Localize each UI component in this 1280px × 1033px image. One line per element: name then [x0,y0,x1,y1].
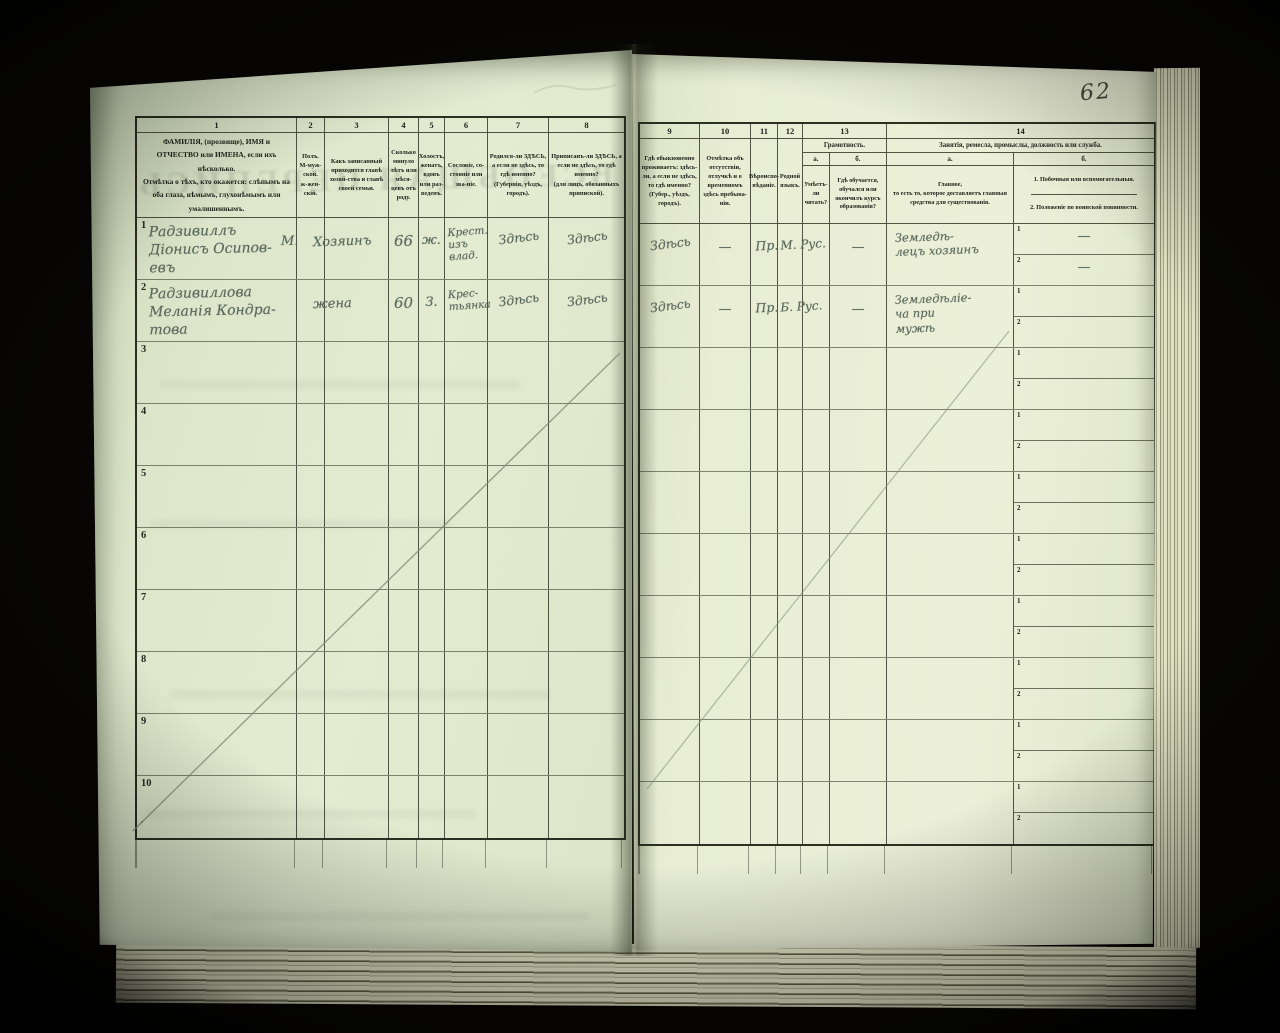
table-right-header: 9 Гдѣ обыкновенно проживаетъ: здѣсь-ли, … [640,124,1154,224]
cell-occupation-side: 1—2— [1014,224,1154,285]
occupation-half-cell: 1 [1014,534,1154,565]
relation-entry [313,419,388,422]
age-entry [389,404,418,418]
cell-occupation-main: Земледѣліе- ча при мужѣ [887,286,1014,347]
education-entry [830,658,886,674]
literacy-sub-a-label: а. [803,153,830,165]
military-status-entry: — [1014,255,1154,275]
cell-born-here: Здѣсь [488,218,549,279]
cell-name: 10 [137,776,297,838]
occupation-half-cell: 1 [1014,782,1154,813]
half-cell-label: 2 [1017,256,1021,264]
table-row: 12 [640,348,1154,410]
can-read-entry [803,658,829,674]
cell-born-here [488,404,549,465]
cell-absence-note [700,720,751,781]
cell-occupation-side: 12 [1014,410,1154,471]
military-status-entry [1014,565,1154,570]
cell-age [389,590,419,651]
can-read-entry [803,534,829,550]
occupation-entry [887,656,1013,665]
cell-education [830,410,887,471]
name-entry [137,712,296,719]
cell-name: 9 [137,714,297,775]
table-row: 1Радзивиллъ Діонисъ Осипов- евъМ.Хозяинъ… [137,218,624,280]
marital-entry [419,714,444,729]
military-status-entry [1014,379,1154,384]
cell-language [778,410,803,471]
cell-relation: жена [325,280,389,341]
born-entry: Здѣсь [487,276,550,310]
half-cell-label: 2 [1017,814,1021,822]
occupation-entry [887,470,1013,479]
language-entry [778,595,803,610]
education-entry: — [830,286,886,317]
cell-marital [419,466,445,527]
religion-entry [751,657,778,672]
cell-sex [297,652,325,713]
registered-entry: Здѣсь [548,214,626,250]
occupation-side-entry [1014,410,1154,415]
can-read-entry [803,782,829,798]
table-row: Здѣсь—Пр.Б. Рус.—Земледѣліе- ча при мужѣ… [640,286,1154,348]
half-cell-label: 2 [1017,566,1021,574]
cell-occupation-side: 12 [1014,348,1154,409]
relation-entry [313,605,388,608]
occupation-entry [887,594,1013,603]
cell-occupation-main [887,658,1014,719]
half-cell-label: 1 [1017,659,1021,667]
name-entry: Радзивиллова Меланія Кондра- това [136,278,296,340]
table-row: 5 [137,466,624,528]
born-entry [487,772,548,791]
education-entry [830,720,886,736]
cell-name: 2Радзивиллова Меланія Кондра- това [137,280,297,341]
literacy-a-text: Умѣетъ-ли читать? [803,166,830,223]
census-table-left: 1 ФАМИЛІЯ, (прозвище), ИМЯ и ОТЧЕСТВО ил… [135,116,626,840]
cell-relation [325,342,389,403]
resides-entry [639,468,699,487]
estate-entry [445,527,487,538]
education-entry [830,472,886,488]
estate-entry [445,775,487,786]
column-header-7: 7 Родился-ли ЗДѢСЬ, а если не здѣсь, то … [488,118,549,217]
page-number: 62 [1079,79,1113,107]
language-entry [778,719,803,734]
census-table-right: 9 Гдѣ обыкновенно проживаетъ: здѣсь-ли, … [638,122,1156,846]
resides-entry [639,654,699,673]
table-row: 3 [137,342,624,404]
occupation-side-entry [1014,348,1154,353]
cell-language: Б. Рус. [778,286,803,347]
cell-language [778,348,803,409]
bleedthrough-text [210,912,590,920]
cell-can-read [803,534,830,595]
cell-can-read [803,658,830,719]
table-row: 10 [137,776,624,838]
cell-name: 4 [137,404,297,465]
can-read-entry [803,348,829,364]
cell-can-read [803,596,830,657]
marital-entry [419,652,444,667]
military-status-entry [1014,627,1154,632]
cell-resides [640,534,700,595]
left-rows: 1Радзивиллъ Діонисъ Осипов- евъМ.Хозяинъ… [137,218,624,838]
cell-religion [751,658,778,719]
absence-entry [700,348,750,364]
cell-occupation-main [887,596,1014,657]
half-cell-label: 2 [1017,318,1021,326]
relation-entry [313,481,388,484]
cell-language [778,782,803,844]
military-status-entry [1014,689,1154,694]
table-row: 2Радзивиллова Меланія Кондра- товажена60… [137,280,624,342]
occupation-half-cell: 1 [1014,472,1154,503]
occupation-half-cell: 2 [1014,317,1154,348]
cell-age [389,528,419,589]
cell-age: 60 [389,280,419,341]
cell-resides [640,658,700,719]
cell-age [389,404,419,465]
occupation-entry [887,408,1013,417]
column-header-4: 4 Сколько минуло лѣтъ или мѣся-цевъ отъ … [389,118,419,217]
cell-age [389,342,419,403]
cell-absence-note: — [700,224,751,285]
table-row: 12 [640,534,1154,596]
cell-language: М. Рус. [778,224,803,285]
cell-education [830,596,887,657]
cell-occupation-main [887,782,1014,844]
marital-entry [419,776,444,791]
cell-occupation-side: 12 [1014,534,1154,595]
age-entry [389,466,418,480]
cell-occupation-side: 12 [1014,286,1154,347]
education-entry [830,348,886,364]
absence-entry [700,782,750,798]
table-row: 6 [137,528,624,590]
cell-registered-here [549,528,624,589]
cell-occupation-main [887,410,1014,471]
born-entry [487,648,548,667]
cell-occupation-main [887,534,1014,595]
cell-occupation-side: 12 [1014,782,1154,844]
absence-entry [700,534,750,550]
cell-marital [419,342,445,403]
cell-religion [751,472,778,533]
education-entry: — [830,224,886,255]
cell-absence-note [700,534,751,595]
table-row: 8 [137,652,624,714]
occupation-half-cell: 1 [1014,720,1154,751]
cell-age [389,466,419,527]
military-status-entry [1014,751,1154,756]
cell-born-here [488,590,549,651]
age-entry [389,652,418,666]
cell-resides [640,720,700,781]
half-cell-label: 2 [1017,380,1021,388]
cell-relation [325,776,389,838]
occupation-side-entry [1014,596,1154,601]
age-entry [389,590,418,604]
cell-registered-here [549,652,624,713]
education-entry [830,534,886,550]
cell-sex [297,714,325,775]
rule-extensions-right [638,844,1156,874]
language-entry [778,781,803,796]
half-cell-label: 1 [1017,473,1021,481]
language-entry [778,471,803,486]
table-row: 4 [137,404,624,466]
absence-entry [700,596,750,612]
cell-education [830,720,887,781]
cell-name: 1Радзивиллъ Діонисъ Осипов- евъ [137,218,297,279]
resides-entry [639,344,699,363]
marital-entry [419,590,444,605]
name-entry [137,526,296,533]
occupation-sub-b-label: б. [1014,153,1154,165]
column-header-8: 8 Приписанъ-ли ЗДѢСЬ, а если не здѣсь, т… [549,118,624,217]
can-read-entry [803,410,829,426]
military-status-entry [1014,441,1154,446]
cell-language [778,596,803,657]
estate-entry [445,589,487,600]
cell-marital [419,404,445,465]
half-cell-label: 1 [1017,721,1021,729]
born-entry [487,462,548,481]
column-header-6: 6 Сословіе, со-стояніе или зва-ніе. [445,118,488,217]
column-header-9: 9 Гдѣ обыкновенно проживаетъ: здѣсь-ли, … [640,124,700,223]
column-header-3: 3 Какъ записанный приходится главѣ хозяй… [325,118,389,217]
cell-can-read [803,720,830,781]
marital-entry: З. [419,280,444,310]
half-cell-label: 1 [1017,535,1021,543]
cell-language [778,658,803,719]
cell-born-here [488,466,549,527]
resides-entry [639,592,699,611]
cell-occupation-main [887,348,1014,409]
occupation-entry [887,780,1013,789]
language-entry: Б. Рус. [777,285,802,314]
religion-entry [751,409,778,424]
occupation-half-cell: 1 [1014,348,1154,379]
column-header-1: 1 ФАМИЛІЯ, (прозвище), ИМЯ и ОТЧЕСТВО ил… [137,118,297,217]
occupation-entry [887,532,1013,541]
cell-marital: ж. [419,218,445,279]
occupation-half-cell: 2 [1014,379,1154,410]
cell-education [830,658,887,719]
cell-born-here [488,776,549,838]
occupation-entry: Земледѣліе- ча при мужѣ [886,284,1014,336]
born-entry: Здѣсь [487,214,550,248]
relation-entry [313,791,388,794]
cell-sex [297,466,325,527]
column-header-13-literacy: 13 Грамотность. а. б. Умѣетъ-ли читать? … [803,124,887,223]
left-page: ВСЕОБЩАЯ ПЕРЕПИСЬ 1 ФАМИЛІЯ, (прозвище),… [90,50,632,952]
column-header-5: 5 Холостъ, женатъ, вдовъ или раз-веденъ. [419,118,445,217]
half-cell-label: 2 [1017,690,1021,698]
cell-religion: Пр. [751,224,778,285]
relation-entry: Хозяинъ [313,233,388,251]
occupation-a-text: Главное, то есть то, которое доставляетъ… [887,166,1014,223]
column-header-10: 10 Отмѣтка объ отсутствіи, отлучкѣ и о в… [700,124,751,223]
name-entry [137,402,296,409]
occupation-side-entry [1014,472,1154,477]
cell-religion [751,782,778,844]
cell-education [830,472,887,533]
half-cell-label: 1 [1017,225,1021,233]
cell-sex [297,342,325,403]
religion-entry [751,533,778,548]
resides-entry [639,716,699,735]
cell-language [778,720,803,781]
occupation-half-cell: 1 [1014,286,1154,317]
cell-sex [297,776,325,838]
cell-registered-here [549,776,624,838]
cell-religion [751,720,778,781]
estate-entry [445,465,487,476]
can-read-entry [803,720,829,736]
cell-registered-here [549,404,624,465]
literacy-b-text: Гдѣ обучается, обучался или окончилъ кур… [830,166,886,223]
cell-can-read [803,286,830,347]
cell-born-here [488,528,549,589]
cell-relation [325,466,389,527]
language-entry [778,347,803,362]
cell-religion [751,534,778,595]
cell-estate [445,652,488,713]
born-entry [487,586,548,605]
occupation-half-cell: 2 [1014,441,1154,472]
column-header-14-occupation: 14 Занятія, ремесла, промыслы, должность… [887,124,1154,223]
cell-can-read [803,782,830,844]
cell-education [830,348,887,409]
religion-entry: Пр. [750,285,777,315]
occupation-b1-text: 1. Побочныя или вспомогательныя. [1031,167,1137,195]
occupation-entry [887,718,1013,727]
resides-entry: Здѣсь [639,283,701,317]
right-page: 62 9 Гдѣ обыкновенно проживаетъ: здѣсь-л… [632,54,1156,950]
occupation-half-cell: 2 [1014,503,1154,534]
cell-absence-note [700,596,751,657]
can-read-entry [803,596,829,612]
military-status-entry [1014,503,1154,508]
occupation-half-cell: 2 [1014,627,1154,658]
literacy-sub-b-label: б. [830,153,886,165]
military-status-entry [1014,317,1154,322]
resides-entry: Здѣсь [639,221,701,255]
occupation-side-entry [1014,534,1154,539]
cell-registered-here [549,342,624,403]
page-stack-right-edge [1154,68,1200,949]
cell-religion [751,410,778,471]
cell-estate [445,528,488,589]
education-entry [830,782,886,798]
cell-language [778,534,803,595]
cell-registered-here: Здѣсь [549,218,624,279]
column-header-2: 2 Полъ. М-муж-ской. ж-жен-скій. [297,118,325,217]
cell-estate: Крес- тьянка [445,280,488,341]
cell-name: 7 [137,590,297,651]
cell-marital: З. [419,280,445,341]
book-photo: ВСЕОБЩАЯ ПЕРЕПИСЬ 1 ФАМИЛІЯ, (прозвище),… [0,0,1280,1033]
cell-relation [325,528,389,589]
cell-occupation-main [887,720,1014,781]
cell-registered-here [549,714,624,775]
cell-resides [640,782,700,844]
relation-entry: жена [313,295,388,313]
cell-name: 3 [137,342,297,403]
occupation-b2-text: 2. Положеніе по воинской повинности. [1027,195,1141,222]
relation-entry [313,667,388,670]
table-row: 9 [137,714,624,776]
religion-entry [751,595,778,610]
religion-entry [751,781,778,796]
occupation-entry [887,346,1013,355]
table-row: 12 [640,782,1154,844]
occupation-half-cell: 1— [1014,224,1154,255]
age-entry: 60 [389,280,418,312]
cell-sex [297,528,325,589]
cell-occupation-side: 12 [1014,658,1154,719]
occupation-half-cell: 2 [1014,565,1154,596]
religion-entry: Пр. [750,223,777,253]
right-rows: Здѣсь—Пр.М. Рус.—Земледѣ- лецъ хозяинъ1—… [640,224,1154,844]
cell-registered-here [549,466,624,527]
cell-born-here [488,342,549,403]
occupation-half-cell: 2 [1014,689,1154,720]
name-entry [137,774,296,781]
half-cell-label: 2 [1017,752,1021,760]
occupation-side-entry: — [1014,224,1154,244]
cell-age: 66 [389,218,419,279]
cell-absence-note: — [700,286,751,347]
cell-resides: Здѣсь [640,286,700,347]
cell-estate [445,342,488,403]
absence-entry [700,658,750,674]
cell-marital [419,714,445,775]
age-entry: 66 [389,218,418,250]
cell-age [389,714,419,775]
cell-name: 5 [137,466,297,527]
absence-entry: — [700,286,750,317]
language-entry [778,533,803,548]
occupation-side-entry [1014,782,1154,787]
cell-born-here [488,714,549,775]
cell-marital [419,652,445,713]
age-entry [389,342,418,356]
cell-resides [640,596,700,657]
estate-entry [445,403,487,414]
estate-entry: Крест. изъ влад. [444,217,489,264]
cell-occupation-main: Земледѣ- лецъ хозяинъ [887,224,1014,285]
cell-relation: Хозяинъ [325,218,389,279]
relation-entry [313,357,388,360]
marital-entry [419,404,444,419]
age-entry [389,528,418,542]
cell-language [778,472,803,533]
occupation-entry: Земледѣ- лецъ хозяинъ [886,222,1013,260]
cell-estate [445,466,488,527]
table-left-header: 1 ФАМИЛІЯ, (прозвище), ИМЯ и ОТЧЕСТВО ил… [137,118,624,218]
born-entry [487,400,548,419]
cell-education: — [830,286,887,347]
cell-estate [445,714,488,775]
cell-occupation-side: 12 [1014,720,1154,781]
cell-religion: Пр. [751,286,778,347]
cell-relation [325,590,389,651]
cell-name: 6 [137,528,297,589]
cell-marital [419,528,445,589]
